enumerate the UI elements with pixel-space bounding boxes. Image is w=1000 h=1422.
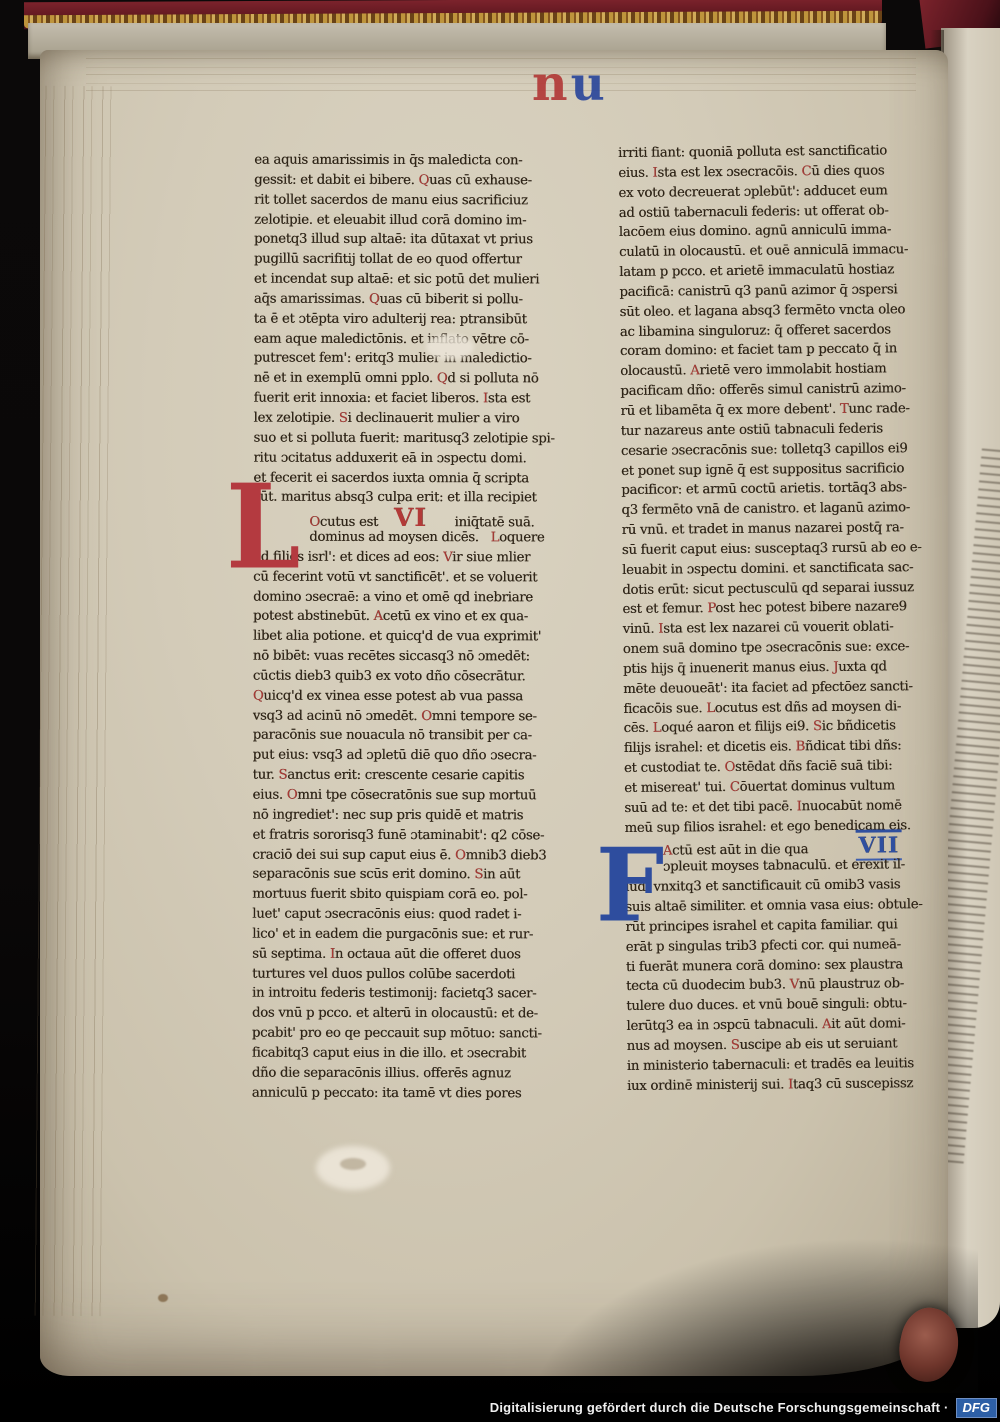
- running-title-letter-n: n: [532, 54, 571, 112]
- page-stack-left-edge: [35, 86, 120, 1317]
- text-line: lico' et in eadem die purgacōnis sue: et…: [252, 924, 565, 945]
- text-line: nō ingrediet': nec sup pris quidē et mat…: [252, 805, 565, 826]
- text-line: aq̄s amarissimas. Quas cū biberit si pol…: [254, 289, 567, 310]
- text-line: putrescet fem': eritq3 mulier in maledic…: [254, 349, 567, 370]
- text-line: in ministerio tabernaculi: et tradēs ea …: [627, 1054, 945, 1077]
- text-line: paracōnis sue nouacula nō transibit per …: [253, 726, 566, 747]
- text-line: in introitu federis testimonij: facietq3…: [252, 984, 565, 1005]
- text-line: zelotipie. et eleuabit illud corā domino…: [254, 210, 567, 231]
- text-line: iux ordinē ministerij sui. Itaq3 cū susc…: [627, 1074, 945, 1097]
- text-line: mēte deuoueāt': ita faciet ad pfectōez s…: [623, 677, 941, 700]
- text-line: vsq3 ad acinū nō ɔmedēt. Omni tempore se…: [253, 706, 566, 727]
- text-line: leuabit in ɔspectu domini. et sanctifica…: [622, 558, 940, 581]
- text-line: nus ad moysen. Suscipe ab eis ut seruian…: [627, 1034, 945, 1057]
- text-line: craciō dei sui sup caput eius ē. Omnib3 …: [252, 845, 565, 866]
- text-line: filijs israhel: et dicetis eis. Bñdicat …: [624, 736, 942, 759]
- text-line: et fratris sororisq3 funē ɔtaminabit': q…: [252, 825, 565, 846]
- manuscript-page: nu ea aquis amarissimis in q̄s maledicta…: [40, 50, 948, 1376]
- text-line: cesarie ɔsecracōnis sue: tolletq3 capill…: [621, 439, 939, 462]
- text-line: Quicq'd ex vinea esse potest ab vua pass…: [253, 686, 566, 707]
- facing-page-edge: [941, 28, 1000, 1328]
- text-line: pugillū sacrifitij tollat de eo quod off…: [254, 250, 567, 271]
- text-line: sū fuerit caput eius: susceptaq3 rursū a…: [622, 538, 940, 561]
- text-line: anniculū p peccato: ita tamē vt dies por…: [252, 1083, 565, 1104]
- footer-credit-text: Digitalisierung gefördert durch die Deut…: [490, 1400, 949, 1415]
- running-title: nu: [532, 54, 608, 112]
- text-line: separacōnis sue scūs erit domino. Sin aū…: [252, 865, 565, 886]
- text-line: put eius: vsq3 ad ɔpletū diē quo dño ɔse…: [253, 746, 566, 767]
- digitization-footer: Digitalisierung gefördert durch die Deut…: [0, 1393, 1000, 1422]
- page-stack-top-edge: [86, 52, 916, 96]
- text-line: ta ē et ɔtēpta viro adulterij rea: ptran…: [254, 309, 567, 330]
- parchment-repair: [426, 334, 474, 360]
- text-line: ficabitq3 caput eius in die illo. et ɔse…: [252, 1044, 565, 1065]
- text-line: tur. Sanctus erit: crescente cesarie cap…: [253, 766, 566, 787]
- text-line: lex zelotipie. Si declinauerit mulier a …: [254, 409, 567, 430]
- text-line: rū et libamēta q̄ ex more debent'. Tunc …: [620, 399, 938, 422]
- text-line: suū ad te: et det tibi pacē. Inuocabūt n…: [624, 796, 942, 819]
- text-line: cūctis dieb3 quib3 ex voto dño cōsecrātu…: [253, 667, 566, 688]
- parchment-stain: [340, 1158, 366, 1170]
- text-line: pcabit' pro eo qe peccauit sup mōtuo: sa…: [252, 1024, 565, 1045]
- dfg-logo: DFG: [956, 1398, 997, 1418]
- text-line: libet alia potione. et quicq'd de vua ex…: [253, 627, 566, 648]
- text-line: dos vnū p pcco. et alterū in olocaustū: …: [252, 1004, 565, 1025]
- text-line: onem suā domino tpe ɔsecracōnis sue: exc…: [623, 637, 941, 660]
- text-line: nō bibēt: vuas recētes siccasq3 nō ɔmedē…: [253, 647, 566, 668]
- text-line: ea aquis amarissimis in q̄s maledicta co…: [254, 151, 567, 172]
- scanned-book-photo: nu ea aquis amarissimis in q̄s maledicta…: [0, 0, 1000, 1422]
- text-column-right: irriti fiant: quoniā polluta est sanctif…: [618, 141, 945, 1102]
- text-line: ponetq3 illud sup altaē: ita dūtaxat vt …: [254, 230, 567, 251]
- text-line: suo et si polluta fuerit: maritusq3 zelo…: [253, 428, 566, 449]
- text-line: potest abstinebūt. Acetū ex vino et ex q…: [253, 607, 566, 628]
- text-line: luet' caput ɔsecracōnis eius: quod radet…: [252, 905, 565, 926]
- text-line: et incendat sup altaē: et sic potū det m…: [254, 270, 567, 291]
- text-line: eam aque maledictōnis. et inflato vētre …: [254, 329, 567, 350]
- chapter-initial-F: F: [596, 836, 664, 937]
- text-line: mortuus fuerit sbito quispiam corā eo. p…: [252, 885, 565, 906]
- text-line: turtures vel duos pullos colūbe sacerdot…: [252, 964, 565, 985]
- text-line: sū septima. In octaua aūt die offeret du…: [252, 944, 565, 965]
- chapter-initial-L: L: [226, 469, 301, 586]
- text-line: erāt p singulas trib3 pfecti cor. qui nu…: [626, 935, 944, 958]
- running-title-letter-u: u: [571, 57, 608, 112]
- text-line: rit tollet sacerdos de manu eius sacrifi…: [254, 190, 567, 211]
- text-line: nē et in exemplū omni pplo. Qd si pollut…: [254, 369, 567, 390]
- text-line: rūt principes israhel et capita familiar…: [625, 915, 943, 938]
- text-line: gessit: et dabit ei bibere. Quas cū exha…: [254, 170, 567, 191]
- text-line: eius. Omni tpe cōsecratōnis sue sup mort…: [253, 786, 566, 807]
- text-line: dño die separacōnis illius. offerēs agnu…: [252, 1063, 565, 1084]
- parchment-spot: [158, 1294, 168, 1302]
- text-line: coram domino: et faciet tam p peccato q̄…: [620, 339, 938, 362]
- text-line: sūt oleo. et lagana absq3 fermēto vncta …: [620, 300, 938, 323]
- text-line: pacificā: canistrū q3 panū azimor q̄ ɔsp…: [619, 280, 937, 303]
- text-line: fuerit erit innoxia: et faciet liberos. …: [254, 389, 567, 410]
- text-column-left: ea aquis amarissimis in q̄s maledicta co…: [252, 151, 568, 1110]
